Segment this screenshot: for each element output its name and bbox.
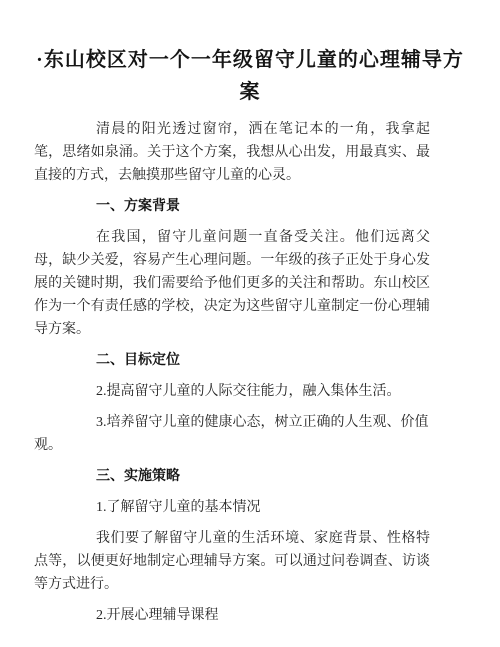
strategy-1-paragraph: 我们要了解留守儿童的生活环境、家庭背景、性格特点等，以便更好地制定心理辅导方案。… — [34, 527, 466, 596]
goal-item-2: 2.提高留守儿童的人际交往能力，融入集体生活。 — [34, 380, 466, 403]
doc-title: ·东山校区对一个一年级留守儿童的心理辅导方案 — [34, 44, 466, 108]
section-heading-strategy: 三、实施策略 — [34, 465, 466, 488]
strategy-item-2: 2.开展心理辅导课程 — [34, 604, 466, 627]
goal-item-3: 3.培养留守儿童的健康心态，树立正确的人生观、价值观。 — [34, 411, 466, 457]
strategy-item-1: 1.了解留守儿童的基本情况 — [34, 496, 466, 519]
intro-paragraph: 清晨的阳光透过窗帘，洒在笔记本的一角，我拿起笔，思绪如泉涌。关于这个方案，我想从… — [34, 118, 466, 187]
section-heading-background: 一、方案背景 — [34, 195, 466, 218]
document-page: ·东山校区对一个一年级留守儿童的心理辅导方案 清晨的阳光透过窗帘，洒在笔记本的一… — [0, 0, 500, 647]
section-heading-goals: 二、目标定位 — [34, 349, 466, 372]
background-paragraph: 在我国，留守儿童问题一直备受关注。他们远离父母，缺少关爱，容易产生心理问题。一年… — [34, 226, 466, 341]
